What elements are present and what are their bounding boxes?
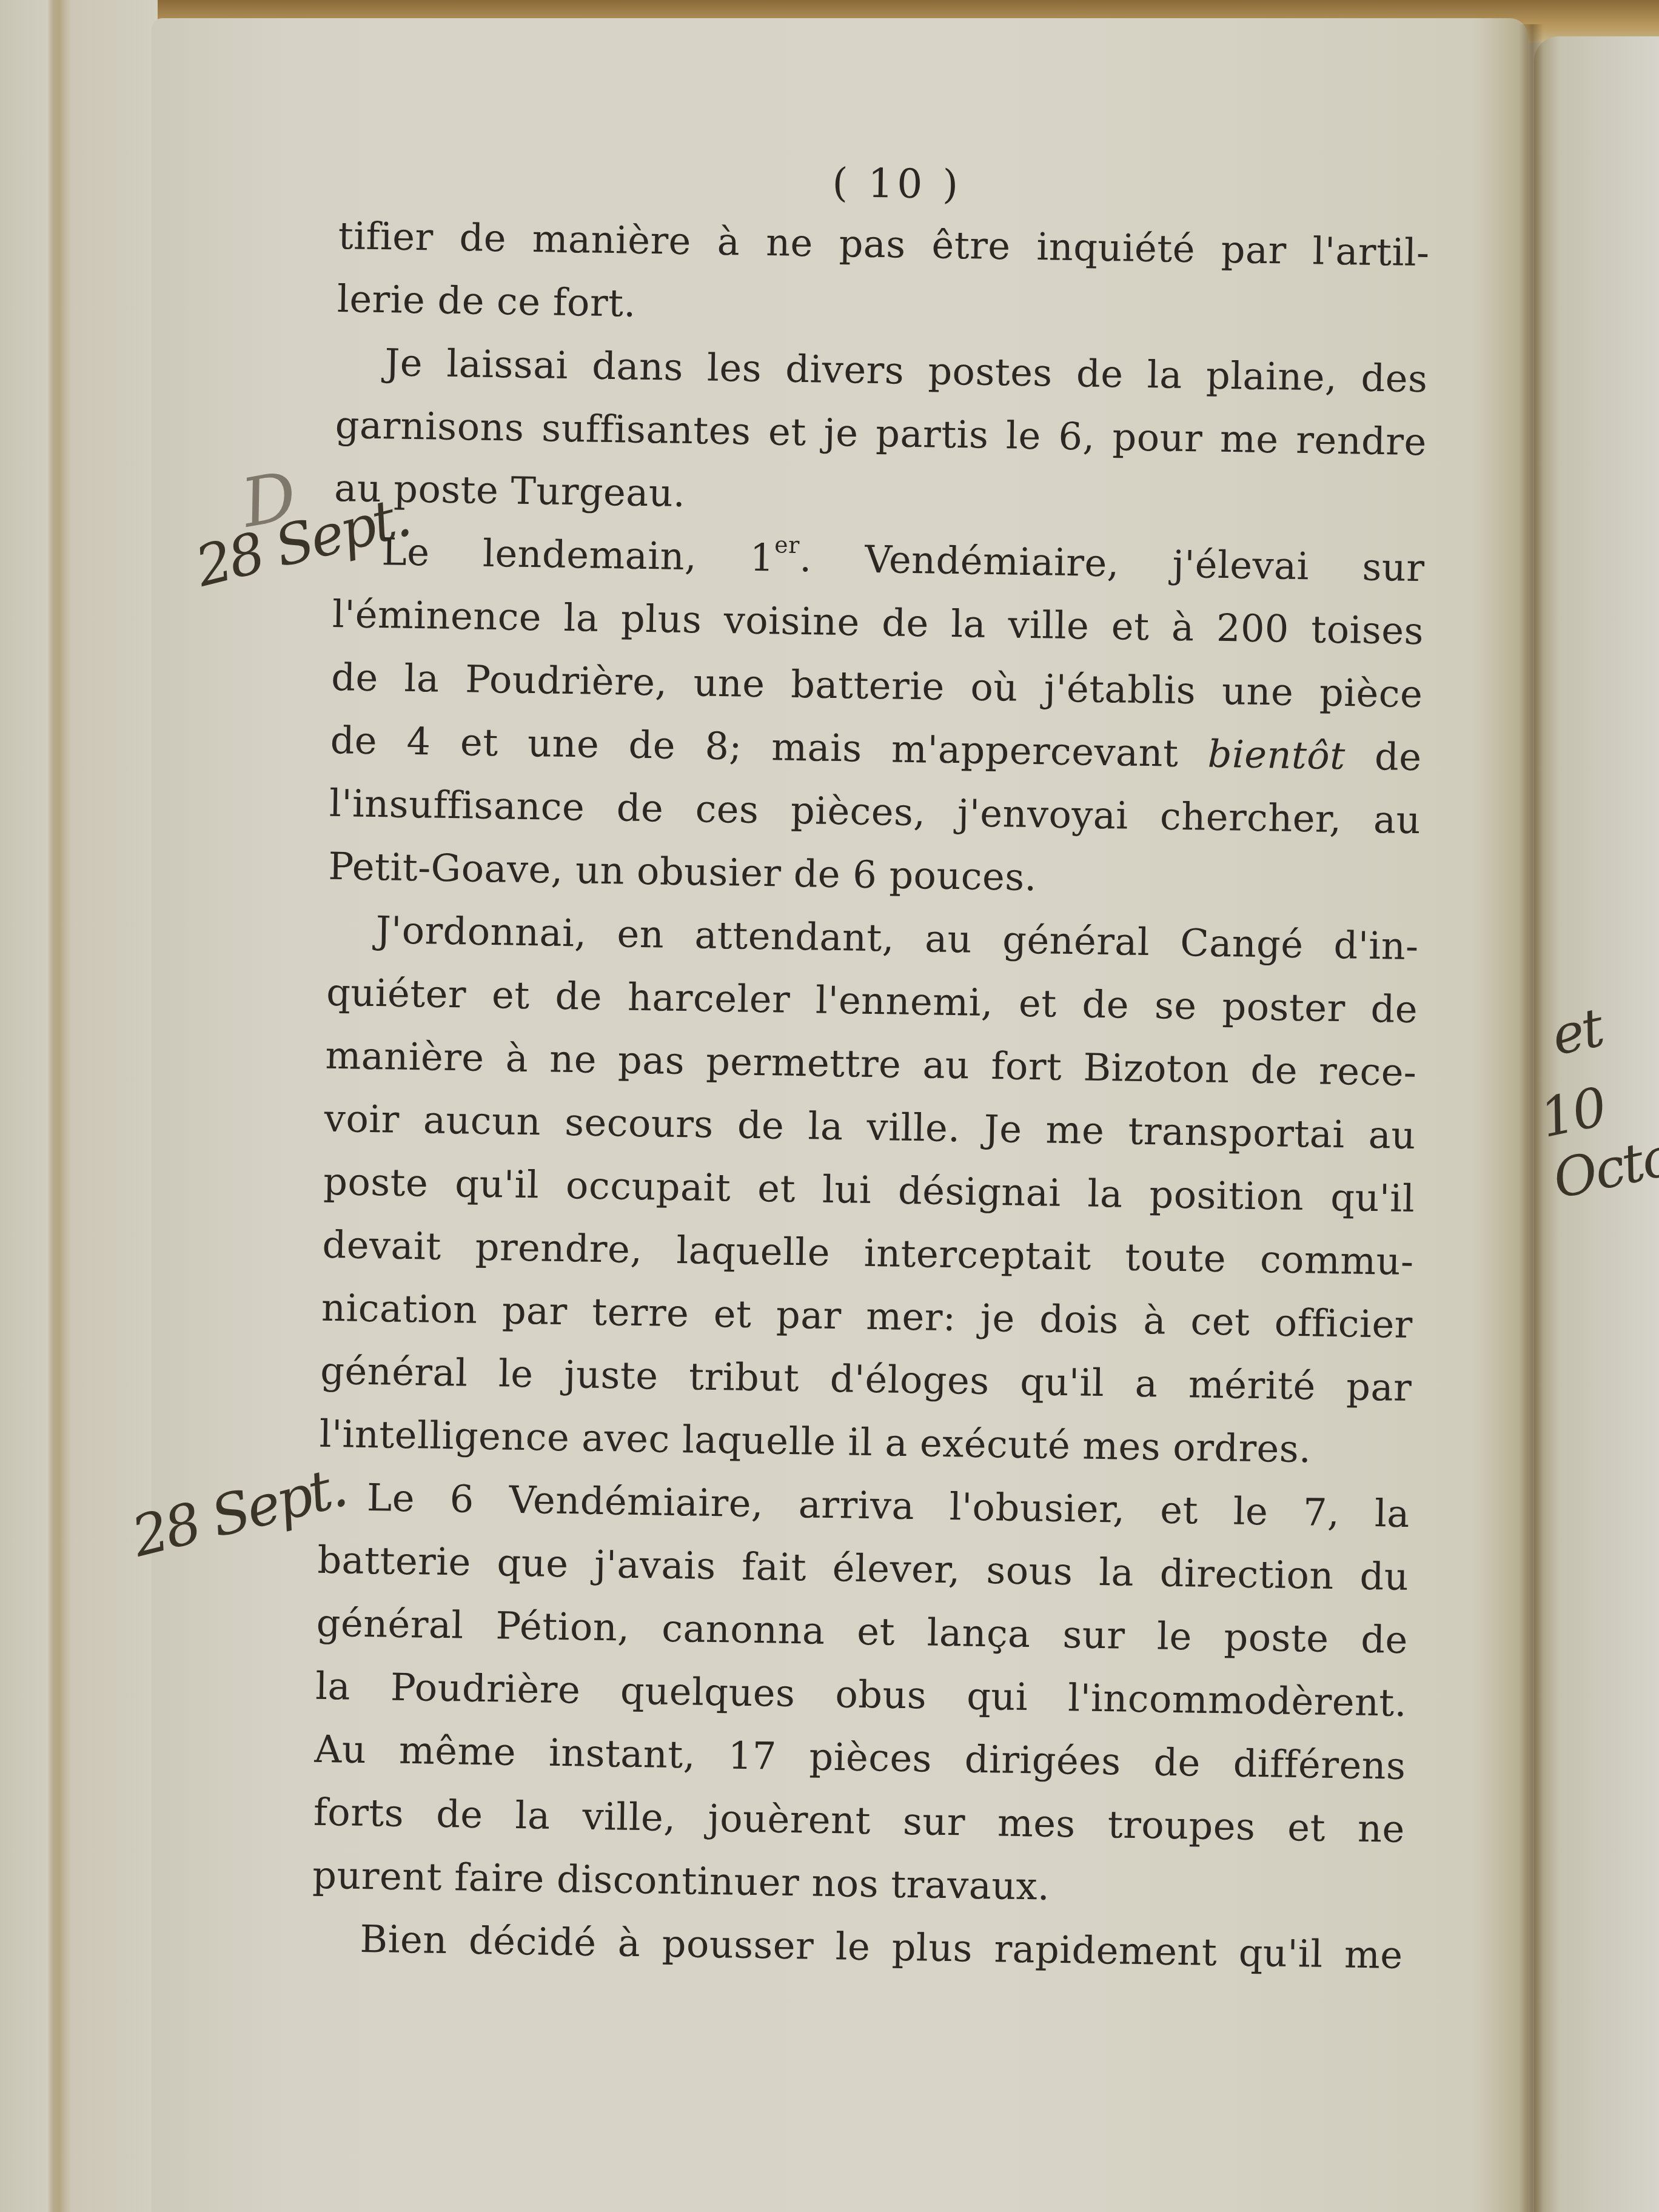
line-text: au poste Turgeau. <box>334 466 686 515</box>
line-text: batterie que j'avais fait élever, sous l… <box>317 1538 1409 1599</box>
line-text: la Poudrière quelques obus qui l'incommo… <box>315 1664 1407 1725</box>
page-gutter-shadow <box>1519 24 1543 2212</box>
line-text: poste qu'il occupait et lui désignai la … <box>323 1159 1415 1221</box>
printed-text: ( 10 ) tifier de manière à ne pas être i… <box>311 152 1431 1987</box>
line-text: garnisons suffisantes et je partis le 6,… <box>335 403 1427 464</box>
line-text: voir aucun secours de la ville. Je me tr… <box>324 1096 1416 1158</box>
line-text: forts de la ville, jouèrent sur mes trou… <box>313 1790 1405 1851</box>
line-text: l'intelligence avec laquelle il a exécut… <box>319 1412 1312 1472</box>
book-left-edge <box>0 0 158 2212</box>
line-text: manière à ne pas permettre au fort Bizot… <box>325 1033 1417 1094</box>
line-text: Le 6 Vendémiaire, arriva l'obusier, et l… <box>367 1475 1410 1536</box>
line-text: Petit-Goave, un obusier de 6 pouces. <box>328 844 1037 899</box>
text-lines: tifier de manière à ne pas être inquiété… <box>311 204 1430 1987</box>
line-text: Au même instant, 17 pièces dirigées de d… <box>314 1727 1406 1788</box>
line-text: nication par terre et par mer: je dois à… <box>321 1285 1413 1347</box>
line-text: quiéter et de harceler l'ennemi, et de s… <box>326 970 1418 1031</box>
line-text: J'ordonnai, en attendant, au général Can… <box>375 908 1419 968</box>
spine-stain <box>47 0 72 2212</box>
line-text: devait prendre, laquelle interceptait to… <box>322 1222 1414 1284</box>
line-text: l'éminence la plus voisine de la ville e… <box>332 592 1424 653</box>
line-text: général le juste tribut d'éloges qu'il a… <box>320 1349 1412 1410</box>
line-text: purent faire discontinuer nos travaux. <box>312 1853 1050 1909</box>
line-text: général Pétion, canonna et lança sur le … <box>316 1601 1408 1662</box>
line-text: de 4 et une de 8; mais m'appercevant <box>330 718 1208 776</box>
italic-text: bientôt <box>1207 732 1346 779</box>
line-text: Le lendemain, 1 <box>381 529 774 580</box>
line-text: tifier de manière à ne pas être inquiété… <box>338 213 1430 275</box>
line-text: . Vendémiaire, j'élevai sur <box>799 536 1425 590</box>
line-text: Je laissai dans les divers postes de la … <box>384 340 1428 401</box>
line-text: de <box>1345 734 1422 779</box>
line-text: de la Poudrière, une batterie où j'établ… <box>331 655 1423 716</box>
line-text: Bien décidé à pousser le plus rapidement… <box>360 1917 1403 1977</box>
line-text: lerie de ce fort. <box>337 276 637 326</box>
superscript: er <box>774 531 800 558</box>
line-text: l'insuffisance de ces pièces, j'envoyai … <box>329 781 1421 842</box>
